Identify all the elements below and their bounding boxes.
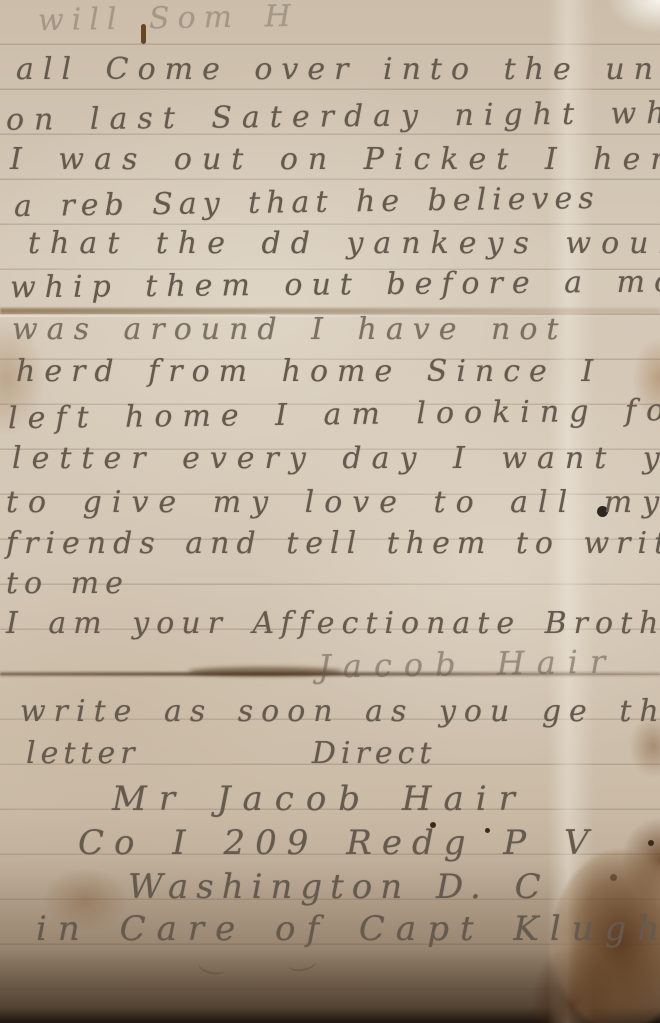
handwriting-line: to give my love to all my [6,486,660,521]
handwriting-line: herd from home Since I [16,355,602,390]
address-line-city: Washington D. C [128,868,549,907]
handwriting-line: all Come over into the union [16,53,660,88]
letter-photo: will Som H all Come over into the union … [0,0,660,1023]
ink-dot [648,840,654,846]
ink-dot [610,874,617,881]
address-line-regiment: Co I 209 Redg P V [78,824,599,863]
handwriting-line-faded-heading: will Som H [38,0,299,39]
address-line-care-of: in Care of Capt Klugh [36,910,660,949]
handwriting-line: whip them out before a month [10,265,660,306]
signature: Jacob Hair [318,643,618,685]
handwriting-line: on last Saterday night when [6,96,660,138]
handwriting-line: was around I have not [12,313,567,348]
handwriting-line: that the dd yankeys would [28,227,660,262]
handwriting-line: I was out on Picket I herd [10,143,660,178]
handwriting-line: friends and tell them to write [6,527,660,562]
handwriting-line-direct: letter Direct [26,737,436,772]
handwriting-line: to me [6,567,129,602]
handwriting-line-closing: I am your Affectionate Brother [6,607,660,642]
handwriting-line: letter every day I want you [12,442,660,477]
handwriting-line-postscript: write as soon as you ge this [20,695,660,730]
address-line-name: Mr Jacob Hair [112,780,527,819]
